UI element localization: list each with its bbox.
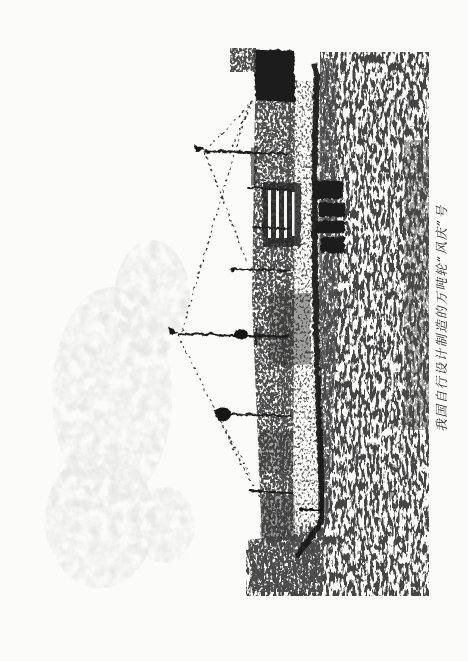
midship-deckhouse	[268, 292, 310, 364]
aft-hatch-block	[258, 430, 292, 472]
ship-photo-figure: 我国自行设计制造的万吨轮“风庆”号	[0, 0, 468, 661]
flag-aft	[193, 143, 204, 151]
mast-cap	[214, 406, 230, 420]
ship-photo-illustration	[0, 0, 468, 661]
forecastle-block	[260, 495, 294, 540]
crows-nest	[233, 328, 247, 338]
photo-caption: 我国自行设计制造的万吨轮“风庆”号	[432, 204, 450, 431]
stern-superstructure	[230, 48, 295, 102]
funnel-smoke	[230, 48, 256, 72]
smoke-clouds	[45, 240, 195, 588]
scanned-page: 我国自行设计制造的万吨轮“风庆”号	[0, 0, 468, 661]
